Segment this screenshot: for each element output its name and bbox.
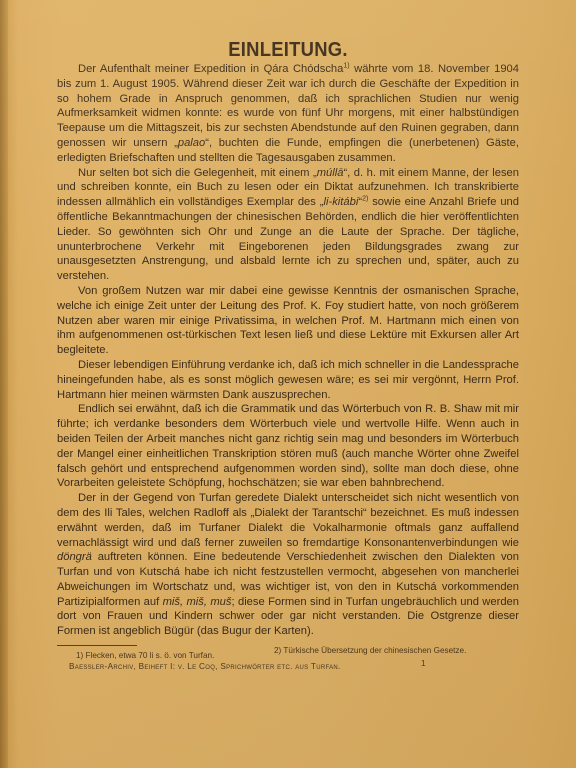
text-run: Von großem Nutzen war mir dabei eine gew… xyxy=(57,285,519,356)
text-run: Nur selten bot sich die Gelegenheit, mit… xyxy=(78,167,317,179)
page-content: EINLEITUNG. Der Aufenthalt meiner Expedi… xyxy=(57,38,519,675)
paragraph-1: Der Aufenthalt meiner Expedition in Qára… xyxy=(57,62,519,166)
book-spine-edge xyxy=(0,0,8,768)
footnotes: 1) Flecken, etwa 70 li s. ö. von Turfan.… xyxy=(57,649,519,675)
footnote-1: 1) Flecken, etwa 70 li s. ö. von Turfan. xyxy=(76,651,214,660)
italic-term: li-kitábi xyxy=(324,196,359,208)
text-run: Der in der Gegend von Turfan geredete Di… xyxy=(57,492,519,548)
page-title: EINLEITUNG. xyxy=(75,38,500,62)
footnote-2: 2) Türkische Übersetzung der chinesische… xyxy=(274,646,466,655)
text-run: sowie eine Anzahl Briefe und öffentliche… xyxy=(57,196,519,282)
text-run: Endlich sei erwähnt, daß ich die Grammat… xyxy=(57,403,519,489)
page-number: 1 xyxy=(421,659,426,668)
paragraph-4: Dieser lebendigen Einführung verdanke ic… xyxy=(57,358,519,402)
paragraph-3: Von großem Nutzen war mir dabei eine gew… xyxy=(57,284,519,358)
paragraph-6: Der in der Gegend von Turfan geredete Di… xyxy=(57,491,519,639)
italic-term: palao xyxy=(178,137,205,149)
italic-term: döngrä xyxy=(57,551,92,563)
footnote-divider xyxy=(57,645,137,646)
text-run: Dieser lebendigen Einführung verdanke ic… xyxy=(57,359,519,401)
text-run: Der Aufenthalt meiner Expedition in Qára… xyxy=(78,63,343,75)
italic-term: múllā xyxy=(317,167,344,179)
running-footer: Baessler-Archiv, Beiheft I: v. Le Coq, S… xyxy=(69,662,341,671)
body-text: Der Aufenthalt meiner Expedition in Qára… xyxy=(57,62,519,639)
paragraph-2: Nur selten bot sich die Gelegenheit, mit… xyxy=(57,166,519,284)
italic-term: miš, miš, muš xyxy=(163,596,232,608)
paragraph-5: Endlich sei erwähnt, daß ich die Grammat… xyxy=(57,402,519,491)
